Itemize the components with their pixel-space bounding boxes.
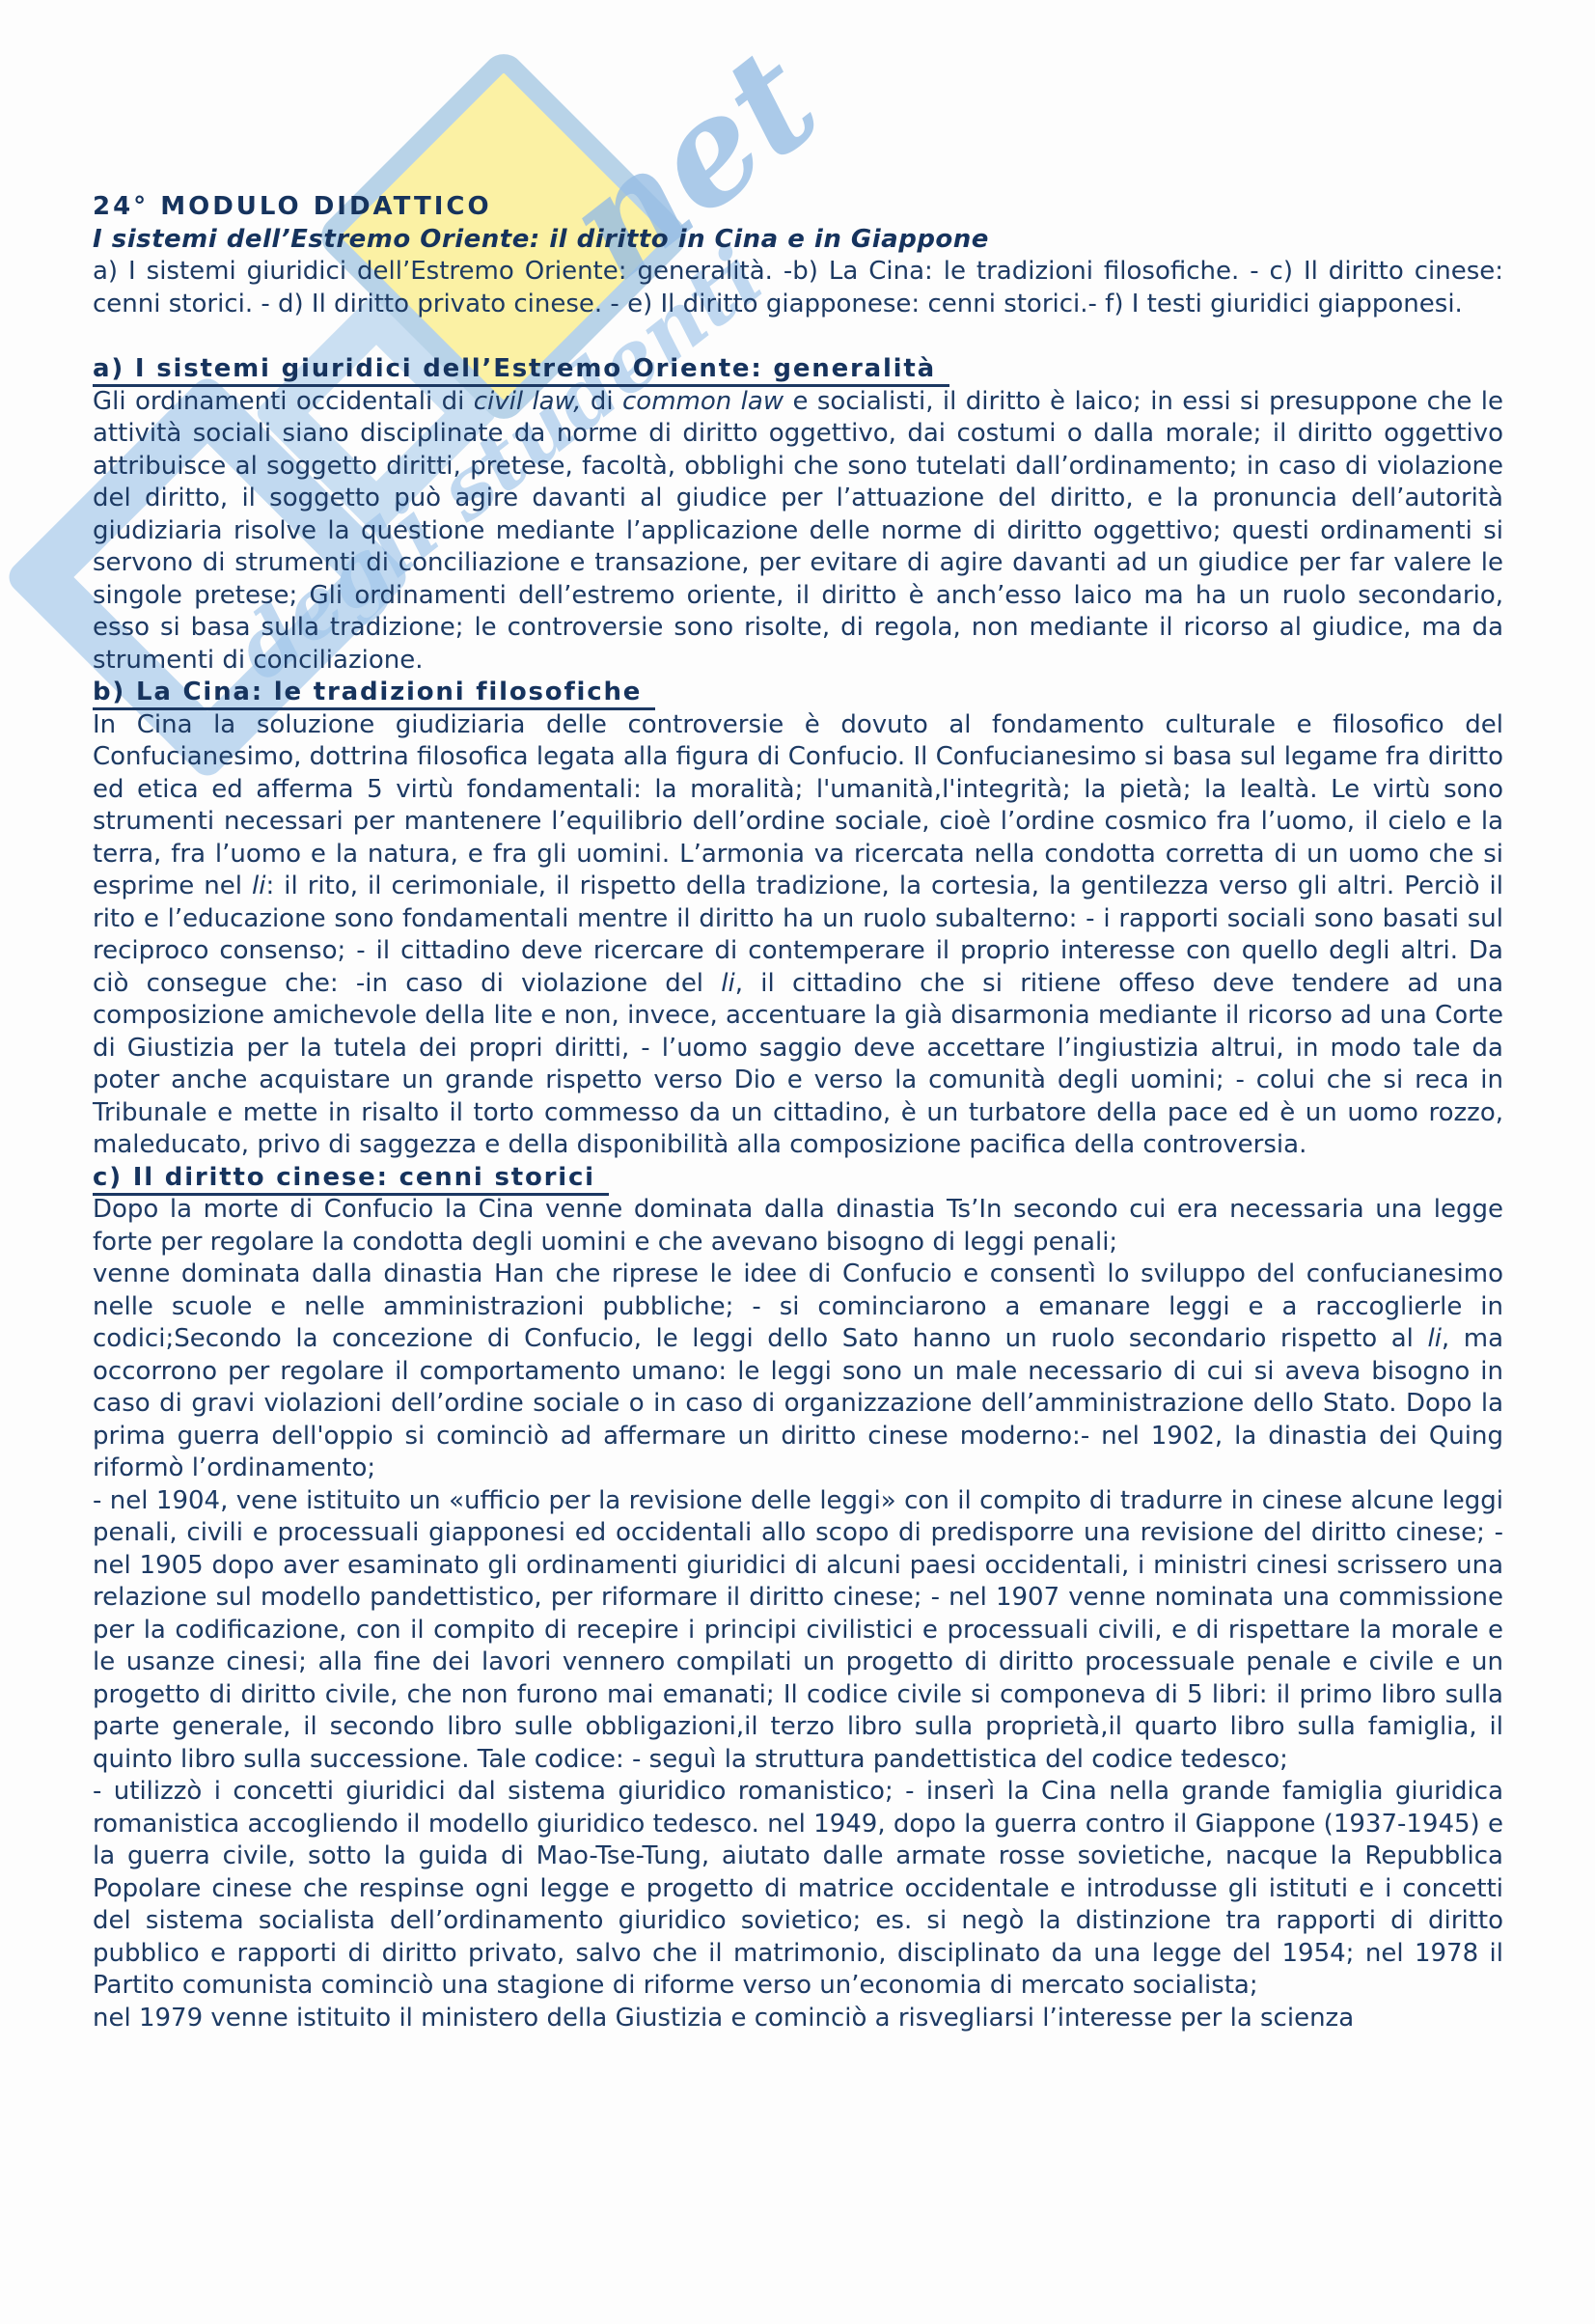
section-b-heading: b) La Cina: le tradizioni filosofiche [93,677,1503,709]
section-b-heading-text: b) La Cina: le tradizioni filosofiche [93,678,655,710]
text-run: li [721,969,734,998]
document-page: net degli studenti 24° MODULO DIDATTICO … [0,0,1595,2324]
section-c-paragraph-2: venne dominata dalla dinastia Han che ri… [93,1259,1503,1485]
text-run: venne dominata dalla dinastia Han che ri… [93,1259,1503,1353]
blank-line [93,320,1503,353]
document-content: 24° MODULO DIDATTICO I sistemi dell’Estr… [93,191,1503,2034]
text-run: civil law, [474,387,582,416]
section-c-heading: c) Il diritto cinese: cenni storici [93,1162,1503,1195]
section-c-heading-text: c) Il diritto cinese: cenni storici [93,1163,609,1196]
text-run: di [581,387,622,416]
section-a-heading-text: a) I sistemi giuridici dell’Estremo Orie… [93,354,949,387]
module-heading: 24° MODULO DIDATTICO [93,191,1503,224]
section-c-paragraph-4: - utilizzò i concetti giuridici dal sist… [93,1776,1503,2003]
text-run: li [252,871,265,900]
text-run: Dopo la morte di Confucio la Cina venne … [93,1195,1503,1257]
section-b-paragraph: In Cina la soluzione giudiziaria delle c… [93,709,1503,1162]
document-title: I sistemi dell’Estremo Oriente: il dirit… [93,224,1503,257]
section-a-heading: a) I sistemi giuridici dell’Estremo Orie… [93,353,1503,386]
section-c-paragraph-3: - nel 1904, vene istituito un «ufficio p… [93,1485,1503,1777]
toc-paragraph: a) I sistemi giuridici dell’Estremo Orie… [93,256,1503,320]
text-run: e socialisti, il diritto è laico; in ess… [93,387,1503,675]
section-a-paragraph: Gli ordinamenti occidentali di civil law… [93,386,1503,678]
text-run: li [1427,1324,1441,1353]
text-run: - nel 1904, vene istituito un «ufficio p… [93,1486,1503,1774]
text-run: - utilizzò i concetti giuridici dal sist… [93,1777,1503,2000]
text-run: nel 1979 venne istituito il ministero de… [93,2004,1354,2033]
section-c-paragraph-1: Dopo la morte di Confucio la Cina venne … [93,1194,1503,1259]
text-run: Gli ordinamenti occidentali di [93,387,474,416]
text-run: common law [622,387,784,416]
section-c-paragraph-5: nel 1979 venne istituito il ministero de… [93,2003,1503,2035]
